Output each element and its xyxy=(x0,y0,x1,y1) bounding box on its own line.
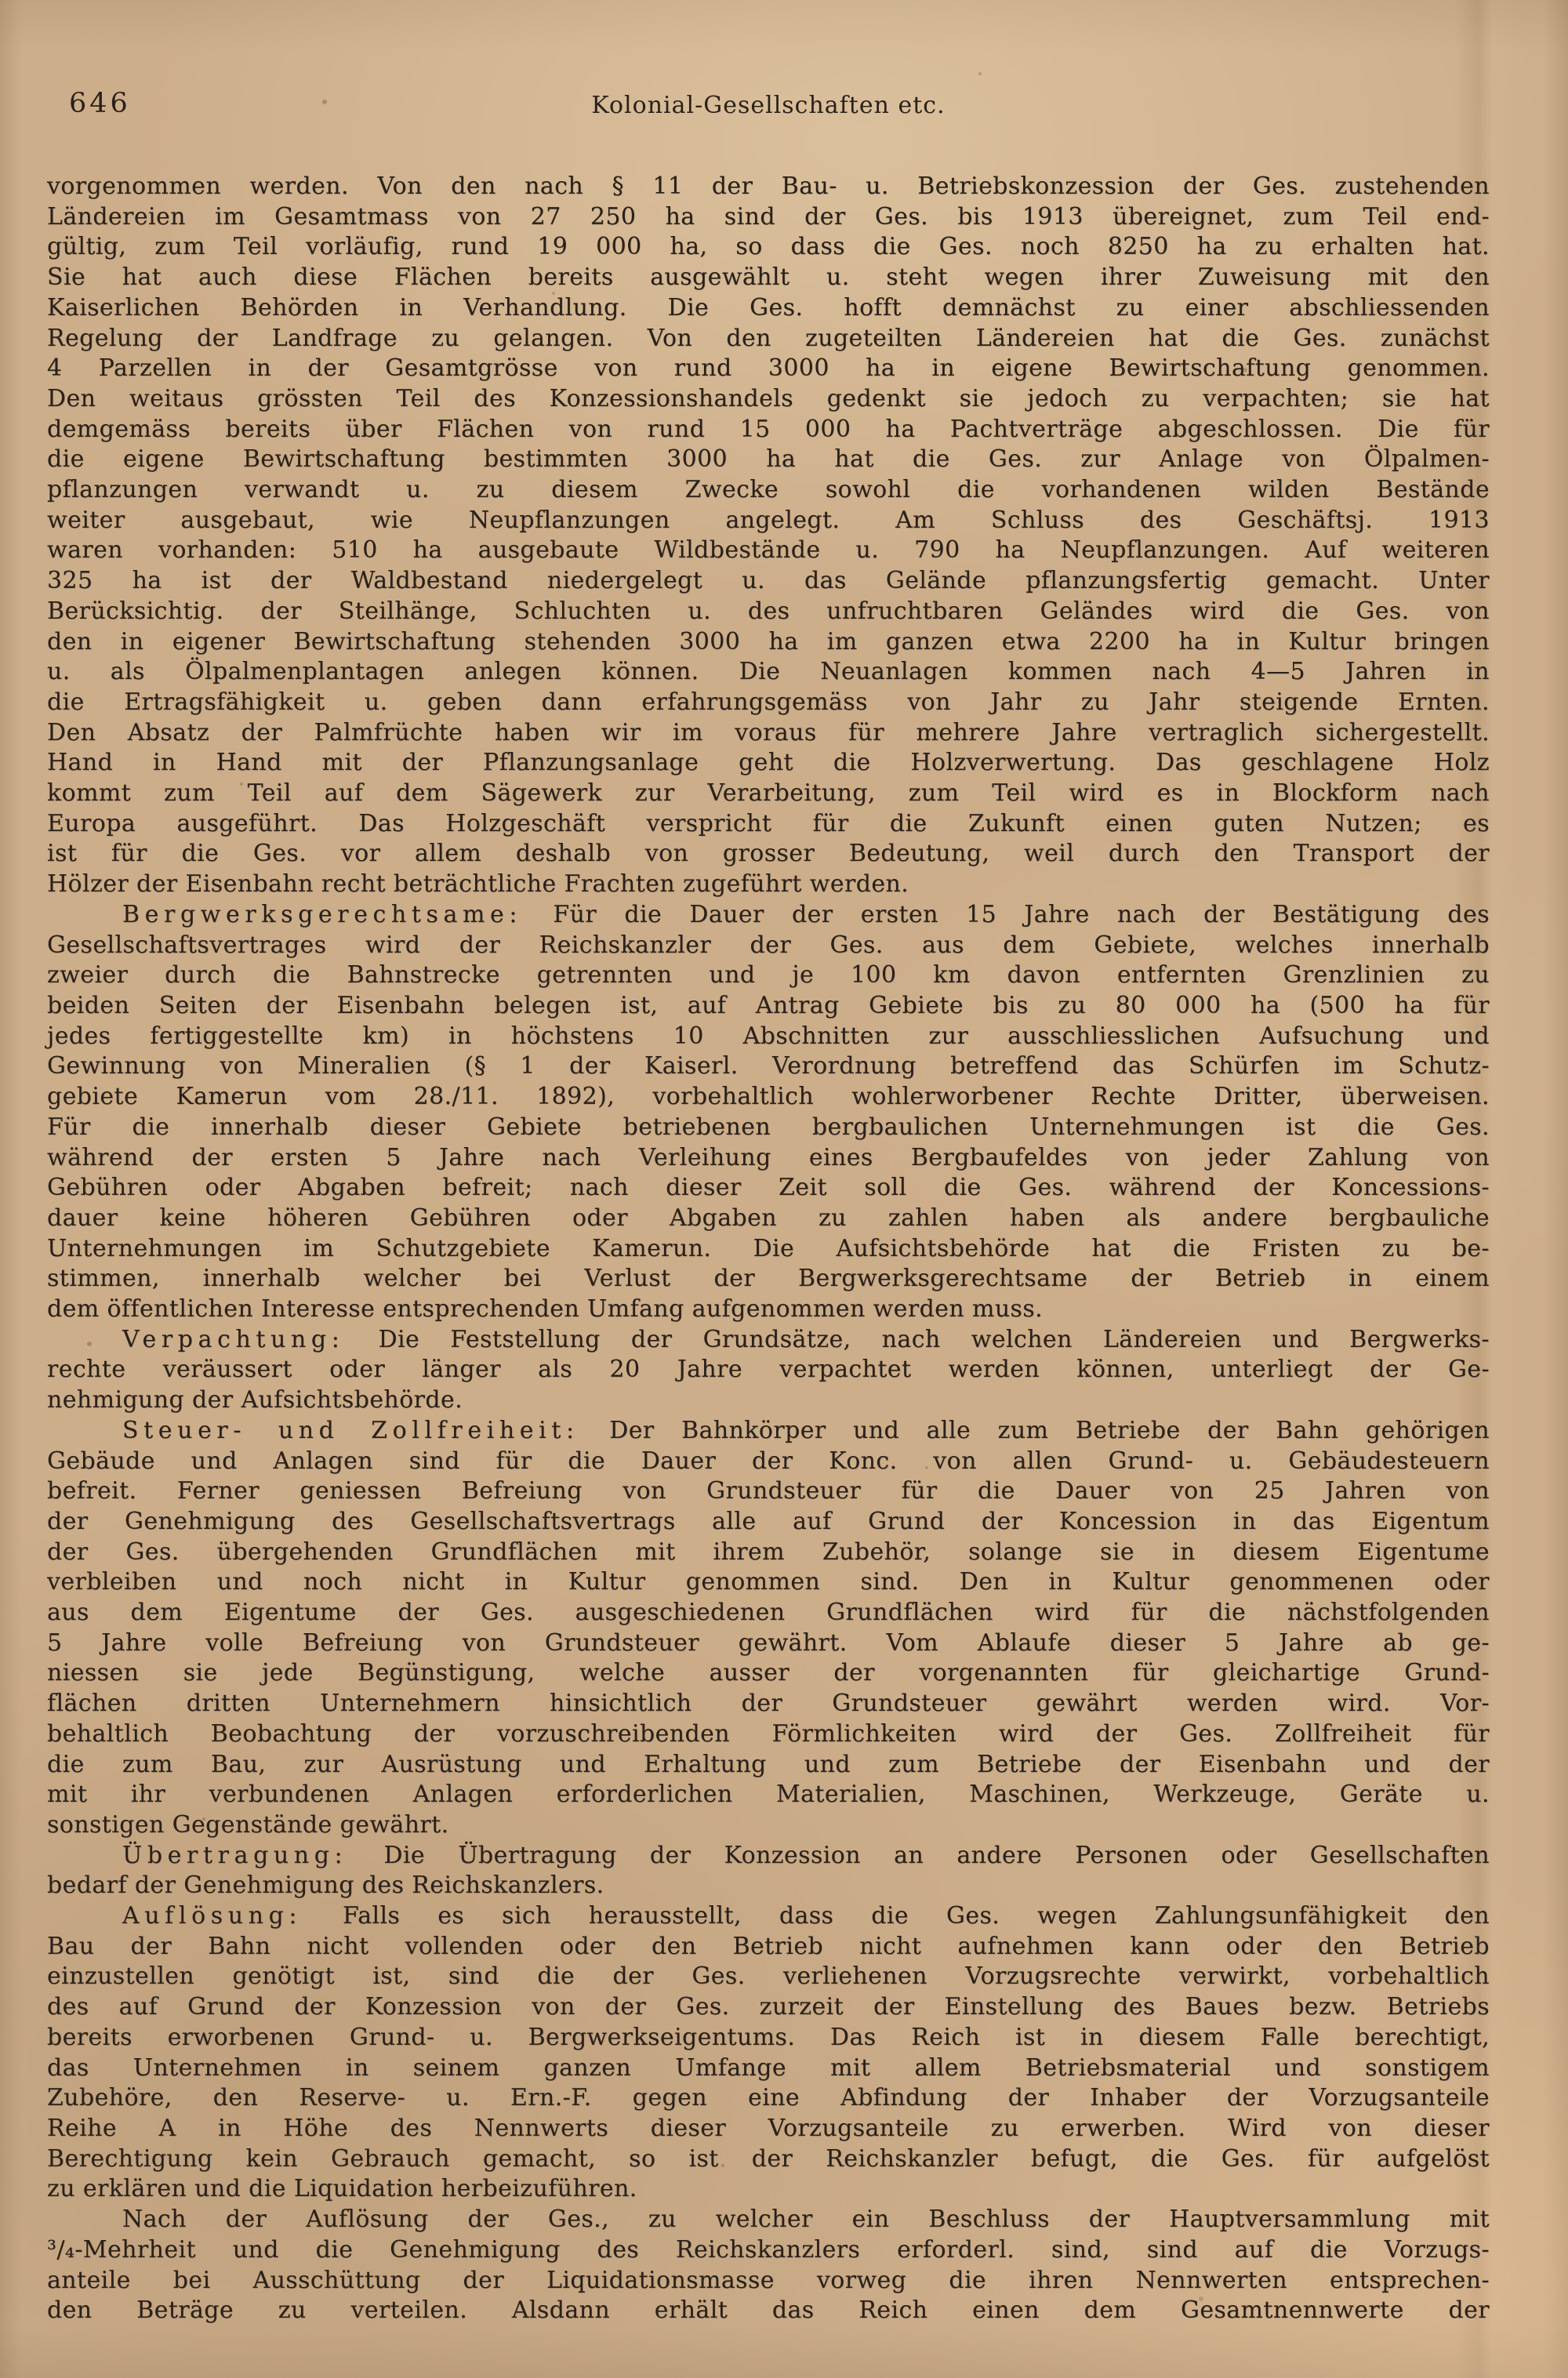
text-line: rechte veräussert oder länger als 20 Jah… xyxy=(47,1355,1490,1385)
book-page: 646 Kolonial-Gesellschaften etc. vorgeno… xyxy=(0,0,1568,2378)
text-line: Gewinnung von Mineralien (§ 1 der Kaiser… xyxy=(47,1051,1490,1082)
text-line: u. als Ölpalmenplantagen anlegen können.… xyxy=(47,657,1490,688)
text-line: zweier durch die Bahnstrecke getrennten … xyxy=(47,960,1490,991)
text-line: Europa ausgeführt. Das Holzgeschäft vers… xyxy=(47,809,1490,840)
paragraph: Auflösung: Falls es sich herausstellt, d… xyxy=(47,1901,1490,2205)
text-line: Reihe A in Höhe des Nennwerts dieser Vor… xyxy=(47,2114,1490,2144)
text-line: dem öffentlichen Interesse entsprechende… xyxy=(47,1294,1490,1325)
text-line: den in eigener Bewirtschaftung stehenden… xyxy=(47,627,1490,658)
text-line: gebiete Kamerun vom 28./11. 1892), vorbe… xyxy=(47,1082,1490,1113)
text-line: Verpachtung: Die Feststellung der Grunds… xyxy=(47,1325,1490,1356)
text-line: Regelung der Landfrage zu gelangen. Von … xyxy=(47,324,1490,354)
text-line: waren vorhanden: 510 ha ausgebaute Wildb… xyxy=(47,536,1490,566)
text-line: demgemäss bereits über Flächen von rund … xyxy=(47,415,1490,445)
text-line: kommt zum Teil auf dem Sägewerk zur Vera… xyxy=(47,779,1490,809)
text-line: Kaiserlichen Behörden in Verhandlung. Di… xyxy=(47,293,1490,324)
text-line: aus dem Eigentume der Ges. ausgeschieden… xyxy=(47,1598,1490,1628)
text-line: Gebühren oder Abgaben befreit; nach dies… xyxy=(47,1173,1490,1204)
text-line: bereits erworbenen Grund- u. Bergwerksei… xyxy=(47,2023,1490,2053)
text-line: vorgenommen werden. Von den nach § 11 de… xyxy=(47,172,1490,202)
text-line: sonstigen Gegenstände gewährt. xyxy=(47,1810,1490,1841)
text-line: behaltlich Beobachtung der vorzuschreibe… xyxy=(47,1719,1490,1750)
text-line: ist für die Ges. vor allem deshalb von g… xyxy=(47,839,1490,870)
paragraph: Verpachtung: Die Feststellung der Grunds… xyxy=(47,1325,1490,1416)
text-line: Der Bahnkörper und alle zum Betriebe der… xyxy=(609,1417,1490,1444)
text-line: Gesellschaftsvertrages wird der Reichska… xyxy=(47,931,1490,961)
text-line: Nach der Auflösung der Ges., zu welcher … xyxy=(47,2205,1490,2235)
text-line: Die Feststellung der Grundsätze, nach we… xyxy=(379,1326,1490,1353)
paragraph: Nach der Auflösung der Ges., zu welcher … xyxy=(47,2205,1490,2326)
section-heading: Übertragung: xyxy=(122,1842,347,1869)
text-line: 325 ha ist der Waldbestand niedergelegt … xyxy=(47,566,1490,597)
text-line: Auflösung: Falls es sich herausstellt, d… xyxy=(47,1901,1490,1932)
text-line: Zubehöre, den Reserve- u. Ern.-F. gegen … xyxy=(47,2083,1490,2114)
text-line: Für die Dauer der ersten 15 Jahre nach d… xyxy=(553,901,1490,928)
paper-specks xyxy=(0,0,3,3)
section-heading: Bergwerksgerechtsame: xyxy=(122,901,522,928)
body-text: vorgenommen werden. Von den nach § 11 de… xyxy=(47,172,1490,2326)
text-line: Unternehmungen im Schutzgebiete Kamerun.… xyxy=(47,1234,1490,1265)
text-line: weiter ausgebaut, wie Neupflanzungen ang… xyxy=(47,506,1490,536)
text-line: 4 Parzellen in der Gesamtgrösse von rund… xyxy=(47,354,1490,384)
paragraph: Übertragung: Die Übertragung der Konzess… xyxy=(47,1841,1490,1901)
text-line: Steuer- und Zollfreiheit: Der Bahnkörper… xyxy=(47,1416,1490,1447)
paragraph: vorgenommen werden. Von den nach § 11 de… xyxy=(47,172,1490,900)
text-line: beiden Seiten der Eisenbahn belegen ist,… xyxy=(47,991,1490,1022)
text-line: des auf Grund der Konzession von der Ges… xyxy=(47,1992,1490,2023)
text-line: Die Übertragung der Konzession an andere… xyxy=(383,1842,1490,1869)
text-line: 5 Jahre volle Befreiung von Grundsteuer … xyxy=(47,1628,1490,1659)
text-line: gültig, zum Teil vorläufig, rund 19 000 … xyxy=(47,232,1490,263)
text-line: Berechtigung kein Gebrauch gemacht, so i… xyxy=(47,2144,1490,2175)
text-line: Sie hat auch diese Flächen bereits ausge… xyxy=(47,263,1490,293)
text-line: dauer keine höheren Gebühren oder Abgabe… xyxy=(47,1204,1490,1234)
text-line: flächen dritten Unternehmern hinsichtlic… xyxy=(47,1689,1490,1719)
text-line: mit ihr verbundenen Anlagen erforderlich… xyxy=(47,1780,1490,1810)
text-line: Übertragung: Die Übertragung der Konzess… xyxy=(47,1841,1490,1872)
text-line: Ländereien im Gesamtmass von 27 250 ha s… xyxy=(47,202,1490,233)
text-line: stimmen, innerhalb welcher bei Verlust d… xyxy=(47,1264,1490,1294)
text-line: während der ersten 5 Jahre nach Verleihu… xyxy=(47,1143,1490,1174)
text-line: bedarf der Genehmigung des Reichskanzler… xyxy=(47,1871,1490,1901)
text-line: einzustellen genötigt ist, sind die der … xyxy=(47,1962,1490,1992)
text-line: der Ges. übergehenden Grundflächen mit i… xyxy=(47,1538,1490,1568)
text-line: Berücksichtig. der Steilhänge, Schluchte… xyxy=(47,597,1490,627)
text-line: verbleiben und noch nicht in Kultur geno… xyxy=(47,1567,1490,1598)
text-line: Hand in Hand mit der Pflanzungsanlage ge… xyxy=(47,748,1490,779)
text-line: Den Absatz der Palmfrüchte haben wir im … xyxy=(47,718,1490,749)
text-line: Bergwerksgerechtsame: Für die Dauer der … xyxy=(47,900,1490,931)
text-line: nehmigung der Aufsichtsbehörde. xyxy=(47,1385,1490,1416)
text-line: den Beträge zu verteilen. Alsdann erhält… xyxy=(47,2296,1490,2326)
text-line: pflanzungen verwandt u. zu diesem Zwecke… xyxy=(47,475,1490,506)
text-line: niessen sie jede Begünstigung, welche au… xyxy=(47,1658,1490,1689)
text-line: zu erklären und die Liquidation herbeizu… xyxy=(47,2174,1490,2205)
paragraph: Steuer- und Zollfreiheit: Der Bahnkörper… xyxy=(47,1416,1490,1841)
text-line: jedes fertiggestellte km) in höchstens 1… xyxy=(47,1022,1490,1052)
text-line: der Genehmigung des Gesellschaftsvertrag… xyxy=(47,1507,1490,1538)
text-line: ³/₄-Mehrheit und die Genehmigung des Rei… xyxy=(47,2235,1490,2266)
text-line: Falls es sich herausstellt, dass die Ges… xyxy=(343,1902,1490,1930)
text-line: Bau der Bahn nicht vollenden oder den Be… xyxy=(47,1932,1490,1962)
text-line: die eigene Bewirtschaftung bestimmten 30… xyxy=(47,445,1490,475)
section-heading: Steuer- und Zollfreiheit: xyxy=(122,1417,579,1444)
text-line: die zum Bau, zur Ausrüstung und Erhaltun… xyxy=(47,1750,1490,1781)
text-line: befreit. Ferner geniessen Befreiung von … xyxy=(47,1476,1490,1507)
text-line: das Unternehmen in seinem ganzen Umfange… xyxy=(47,2053,1490,2084)
running-title: Kolonial-Gesellschaften etc. xyxy=(47,92,1490,119)
text-line: Hölzer der Eisenbahn recht beträchtliche… xyxy=(47,870,1490,900)
text-line: Gebäude und Anlagen sind für die Dauer d… xyxy=(47,1447,1490,1477)
section-heading: Auflösung: xyxy=(122,1902,302,1930)
text-line: Für die innerhalb dieser Gebiete betrieb… xyxy=(47,1113,1490,1143)
paragraph: Bergwerksgerechtsame: Für die Dauer der … xyxy=(47,900,1490,1325)
text-line: Den weitaus grössten Teil des Konzession… xyxy=(47,384,1490,415)
text-line: die Ertragsfähigkeit u. geben dann erfah… xyxy=(47,688,1490,718)
text-line: anteile bei Ausschüttung der Liquidation… xyxy=(47,2266,1490,2296)
section-heading: Verpachtung: xyxy=(122,1326,344,1353)
